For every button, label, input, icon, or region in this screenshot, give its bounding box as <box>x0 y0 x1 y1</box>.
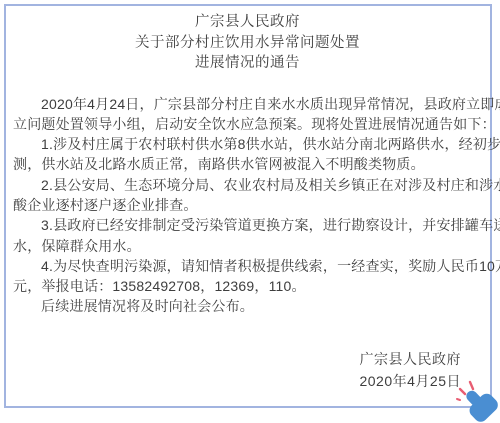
thumbs-up-accent-icon <box>450 373 500 423</box>
body-line: 3.县政府已经安排制定受污染管道更换方案，进行勘察设计，并安排罐车送 <box>13 215 482 235</box>
body-line: 测，供水站及北路水质正常，南路供水管网被混入不明酸类物质。 <box>13 154 482 174</box>
body-line: 4.为尽快查明污染源，请知情者积极提供线索，一经查实，奖励人民币10万 <box>13 256 482 276</box>
body-line: 元，举报电话：13582492708，12369，110。 <box>13 276 482 296</box>
body-line: 水，保障群众用水。 <box>13 236 482 256</box>
body-line: 2020年4月24日，广宗县部分村庄自来水水质出现异常情况，县政府立即成 <box>13 94 482 114</box>
title-issuer: 广宗县人民政府 <box>13 12 482 33</box>
title-notice-type: 进展情况的通告 <box>13 53 482 74</box>
document-title: 广宗县人民政府 关于部分村庄饮用水异常问题处置 进展情况的通告 <box>13 12 482 74</box>
title-subject: 关于部分村庄饮用水异常问题处置 <box>13 33 482 54</box>
body-line: 后续进展情况将及时向社会公布。 <box>13 296 482 316</box>
body-line: 立问题处置领导小组，启动安全饮水应急预案。现将处置进展情况通告如下： <box>13 114 482 134</box>
signature-issuer: 广宗县人民政府 <box>13 348 461 371</box>
document-body: 2020年4月24日，广宗县部分村庄自来水水质出现异常情况，县政府立即成 立问题… <box>13 94 482 317</box>
signature-date: 2020年4月25日 <box>13 370 461 393</box>
document-border: 广宗县人民政府 关于部分村庄饮用水异常问题处置 进展情况的通告 2020年4月2… <box>4 4 492 408</box>
body-line: 酸企业逐村逐户逐企业排查。 <box>13 195 482 215</box>
signature-block: 广宗县人民政府 2020年4月25日 <box>13 348 482 393</box>
document-content: 广宗县人民政府 关于部分村庄饮用水异常问题处置 进展情况的通告 2020年4月2… <box>6 6 490 406</box>
body-line: 1.涉及村庄属于农村联村供水第8供水站，供水站分南北两路供水，经初步检 <box>13 134 482 154</box>
body-line: 2.县公安局、生态环境分局、农业农村局及相关乡镇正在对涉及村庄和涉水涉 <box>13 175 482 195</box>
notice-document: 广宗县人民政府 关于部分村庄饮用水异常问题处置 进展情况的通告 2020年4月2… <box>0 0 500 423</box>
